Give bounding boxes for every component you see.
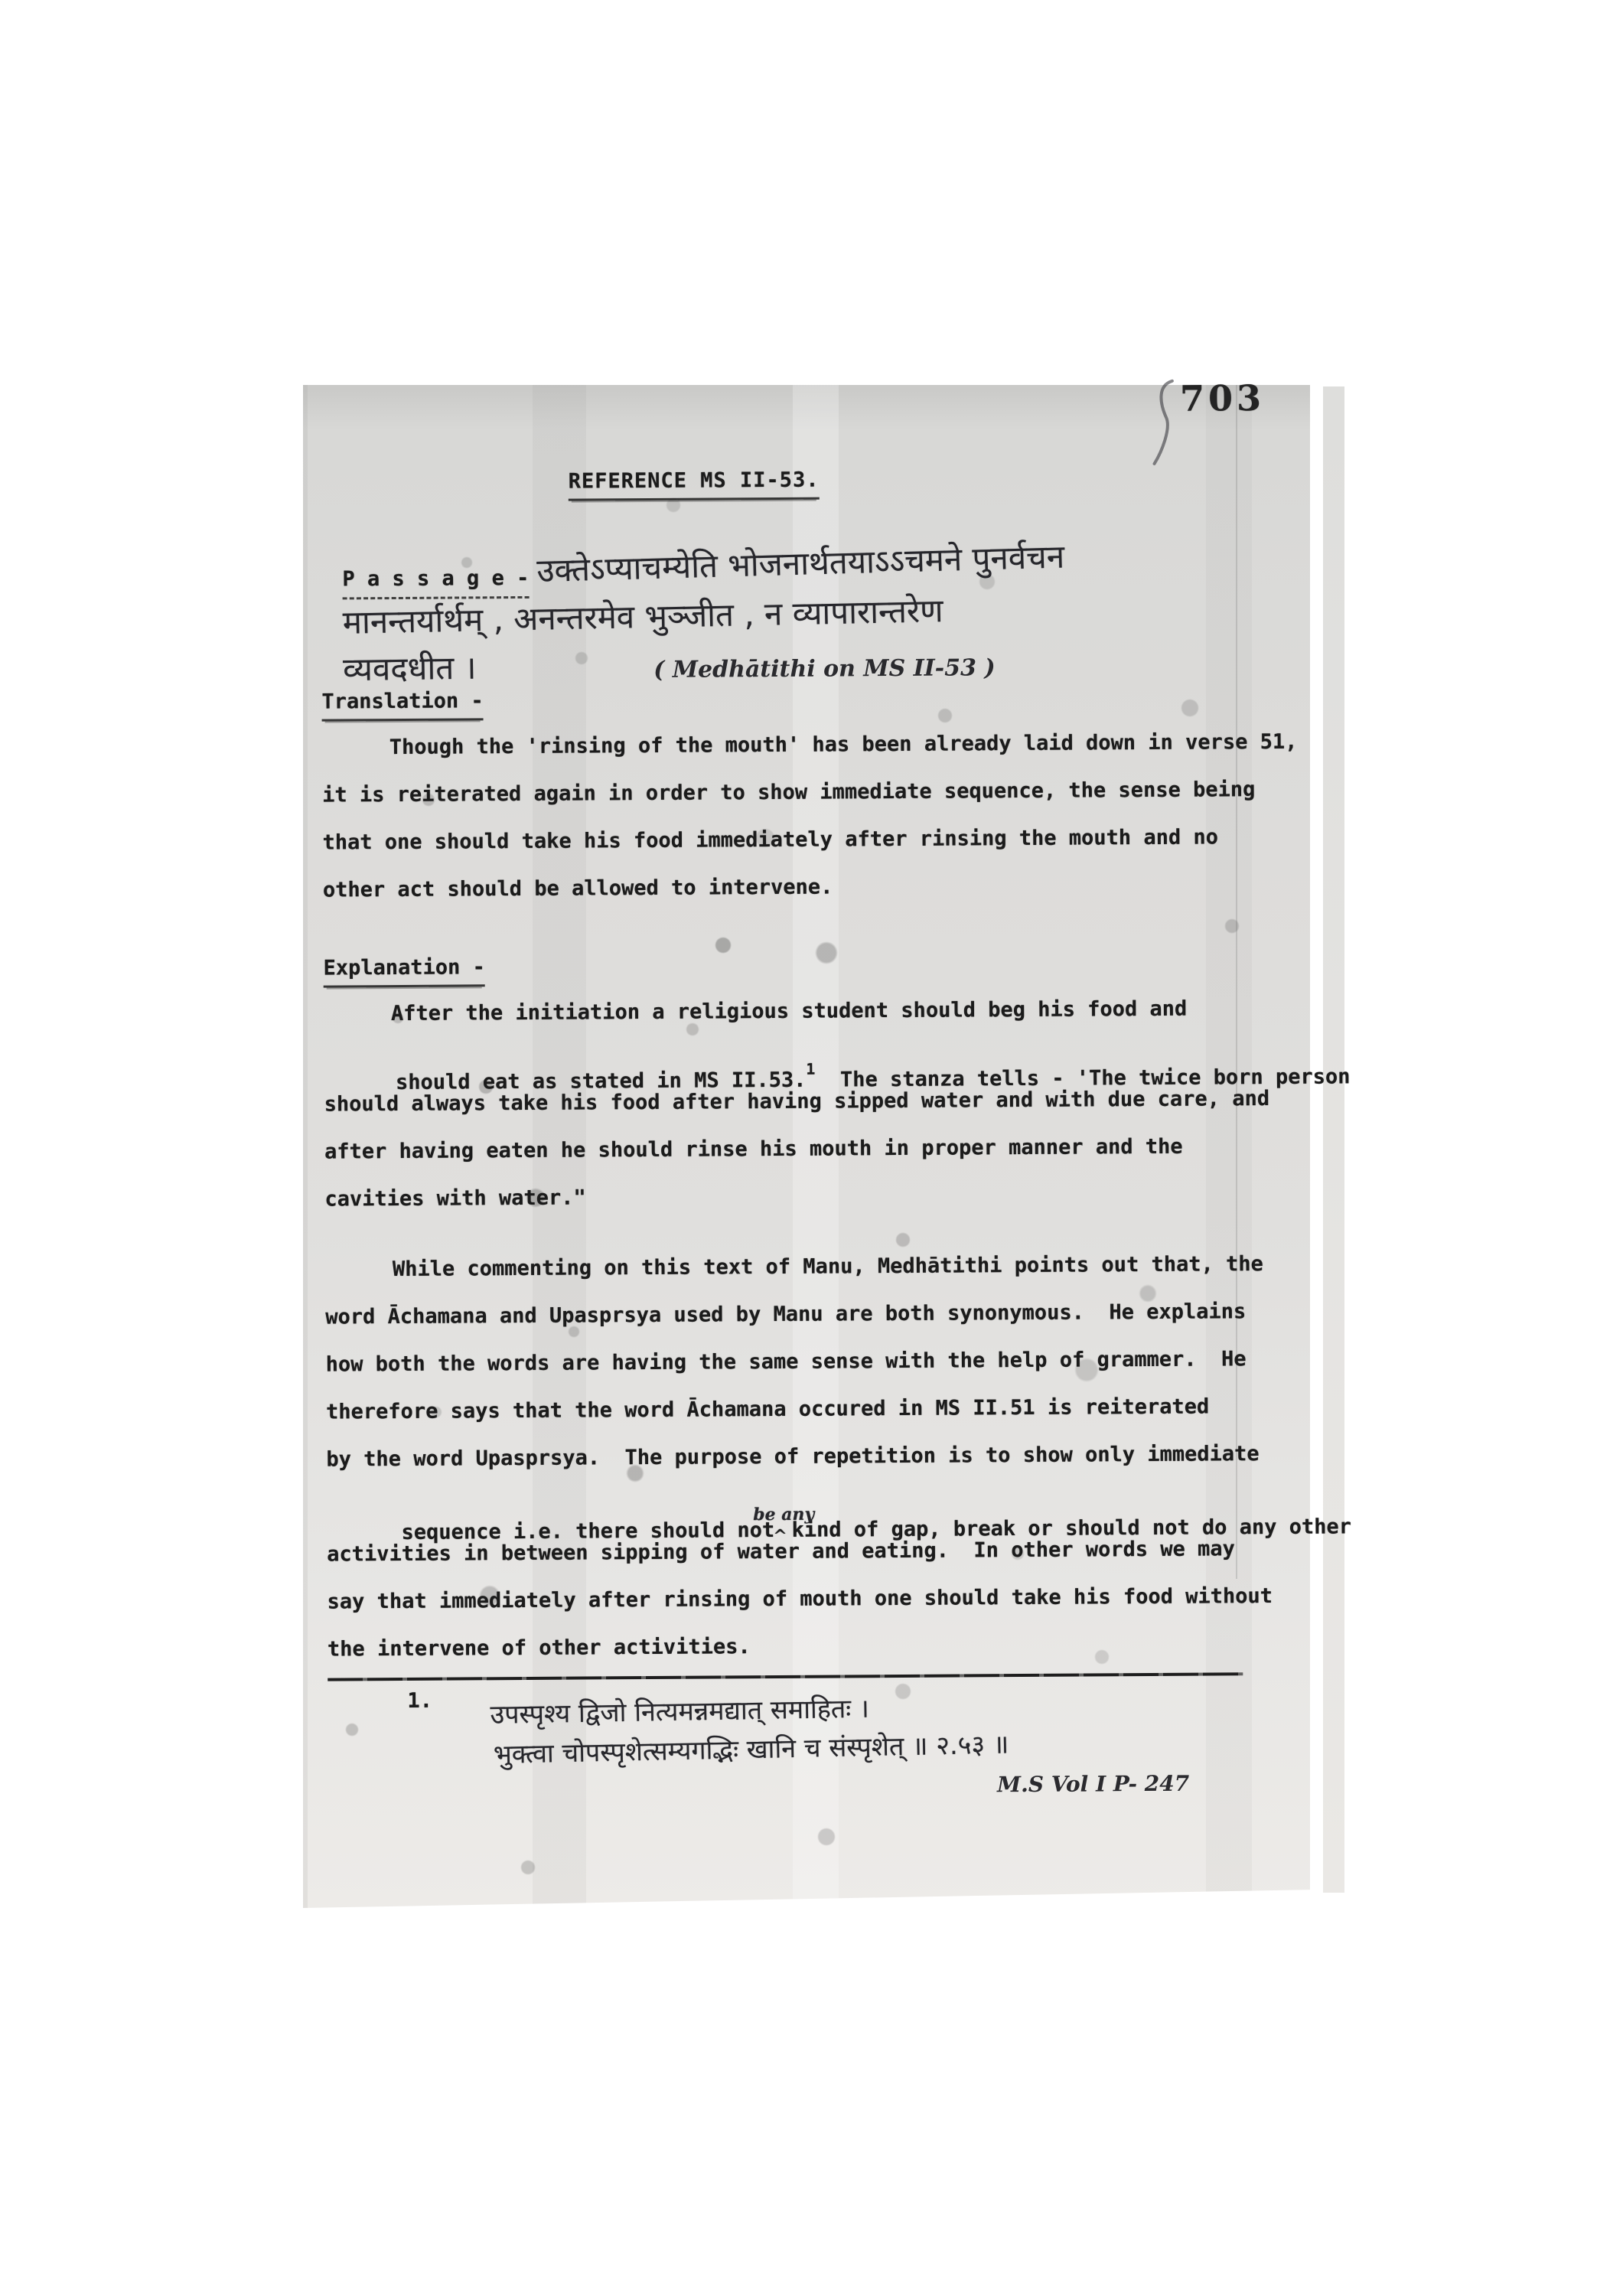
explanation-line: word Āchamana and Upasprsya used by Manu… [325,1299,1246,1330]
insertion-anchor: ^be any [774,1529,779,1537]
translation-line: it is reiterated again in order to show … [322,777,1255,808]
handwritten-insertion: be any [753,1502,814,1528]
passage-label: P a s s a g e - [342,566,529,599]
explanation-line: After the initiation a religious student… [391,996,1188,1027]
explanation-line: therefore says that the word Āchamana oc… [326,1394,1209,1426]
explanation-line: cavities with water." [324,1186,586,1213]
footnote-source-reference: M.S Vol I P- 247 [997,1771,1189,1798]
explanation-line: by the word Upasprsya. The purpose of re… [326,1441,1259,1473]
explanation-line: after having eaten he should rinse his m… [324,1134,1183,1166]
document-title: REFERENCE MS II-53. [569,468,820,501]
passage-sanskrit-line: उक्तेऽप्याचम्येति भोजनार्थतयाऽऽचमने पुनर… [536,533,1065,592]
passage-sanskrit-line: व्यवदधीत । [343,645,477,691]
explanation-heading: Explanation - [323,954,485,987]
page-content: 703 REFERENCE MS II-53. P a s s a g e - … [0,0,1623,2296]
explanation-line: how both the words are having the same s… [326,1346,1247,1378]
explanation-line: While commenting on this text of Manu, M… [393,1251,1263,1283]
translation-heading: Translation - [321,688,484,721]
explanation-line: the intervene of other activities. [328,1634,751,1662]
translation-line: Though the 'rinsing of the mouth' has be… [389,729,1298,761]
footnote-sanskrit-line: उपस्पृश्य द्विजो नित्यमन्नमद्यात् समाहित… [490,1690,869,1731]
translation-line: that one should take his food immediatel… [322,824,1218,856]
explanation-line: activities in between sipping of water a… [327,1536,1235,1567]
footnote-reference-1: 1 [806,1060,815,1078]
pen-curl-mark [1149,378,1181,470]
translation-line: other act should be allowed to intervene… [323,875,833,904]
footnote-divider-rule [328,1672,1243,1681]
footnote-sanskrit-line: भुक्त्वा चोपस्पृशेत्सम्यगद्भिः खानि च सं… [493,1725,1009,1771]
page-number: 703 [1180,377,1265,419]
scanned-document-canvas: 703 REFERENCE MS II-53. P a s s a g e - … [0,0,1623,2296]
footnote-marker: 1. [407,1688,432,1714]
passage-attribution: ( Medhātithi on MS II-53 ) [653,654,996,683]
explanation-line: say that immediately after rinsing of mo… [328,1583,1273,1616]
